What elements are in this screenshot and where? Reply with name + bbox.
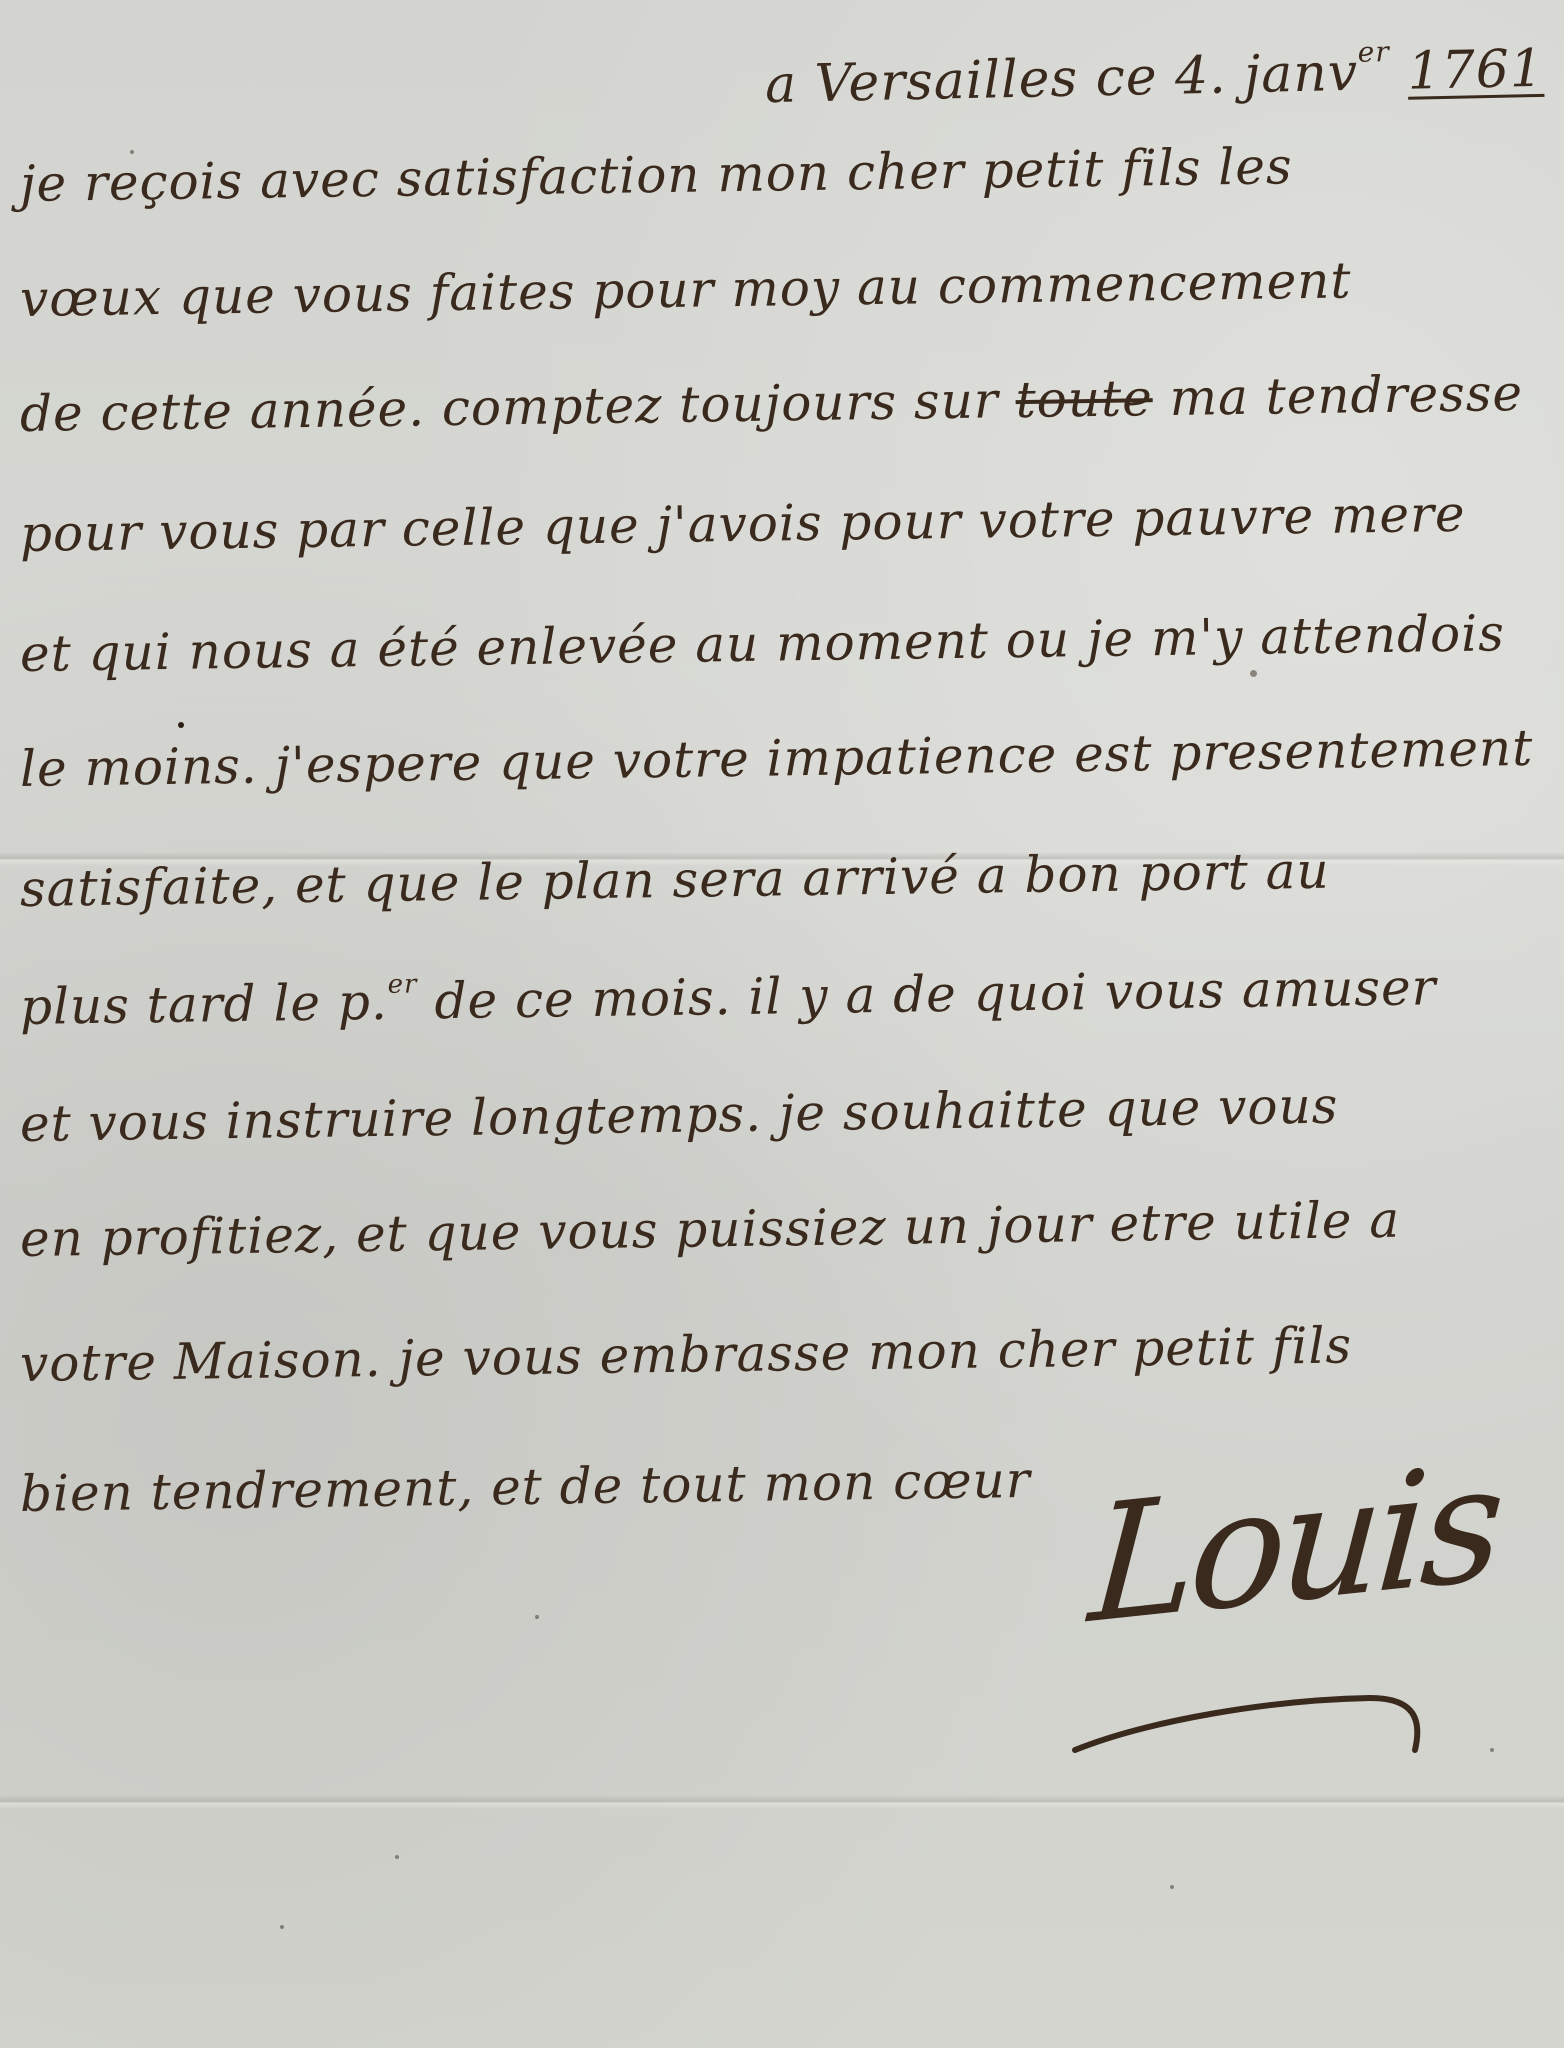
struck-word: toute	[1015, 369, 1153, 429]
letter-line-10: en profitiez, et que vous puissiez un jo…	[20, 1191, 1401, 1268]
line-8-superscript: er	[387, 969, 417, 999]
signature: Louis	[1084, 1427, 1504, 1659]
letter-line-1: je reçois avec satisfaction mon cher pet…	[20, 137, 1293, 213]
line-3-end: ma tendresse	[1152, 364, 1523, 427]
letter-line-5: et qui nous a été enlevée au moment ou j…	[20, 604, 1506, 683]
letter-line-11: votre Maison. je vous embrasse mon cher …	[20, 1316, 1353, 1393]
letter-line-9: et vous instruire longtemps. je souhaitt…	[20, 1077, 1339, 1153]
paper-speck	[1170, 1885, 1174, 1889]
paper-speck	[395, 1855, 399, 1859]
paper-speck	[1490, 1748, 1494, 1752]
line-8-end: de ce mois. il y a de quoi vous amuser	[417, 958, 1437, 1030]
paper-speck	[1250, 670, 1257, 677]
dateline-place-date: a Versailles ce 4. janv	[765, 43, 1359, 115]
paper-speck	[280, 1925, 284, 1929]
letter-line-4: pour vous par celle que j'avois pour vot…	[20, 485, 1466, 563]
line-3-start: de cette année. comptez toujours sur	[20, 371, 1016, 443]
dateline-year: 1761	[1407, 39, 1545, 102]
letter-line-8: plus tard le p.er de ce mois. il y a de …	[20, 955, 1437, 1036]
line-8-start: plus tard le p.	[20, 973, 389, 1036]
paper-speck	[535, 1615, 539, 1619]
dateline-superscript: er	[1357, 35, 1390, 69]
letter-line-3: de cette année. comptez toujours sur tou…	[20, 364, 1524, 443]
letter-line-12: bien tendrement, et de tout mon cœur	[20, 1451, 1031, 1523]
letter-line-2: vœux que vous faites pour moy au commenc…	[20, 251, 1352, 328]
letter-dateline: a Versailles ce 4. janver 1761	[764, 32, 1544, 115]
paper-fold-lower	[0, 1795, 1564, 1809]
paper-speck	[178, 722, 184, 728]
letter-page: a Versailles ce 4. janver 1761 je reçois…	[0, 0, 1564, 2048]
letter-line-6: le moins. j'espere que votre impatience …	[20, 719, 1534, 798]
signature-flourish-icon	[1070, 1690, 1430, 1760]
